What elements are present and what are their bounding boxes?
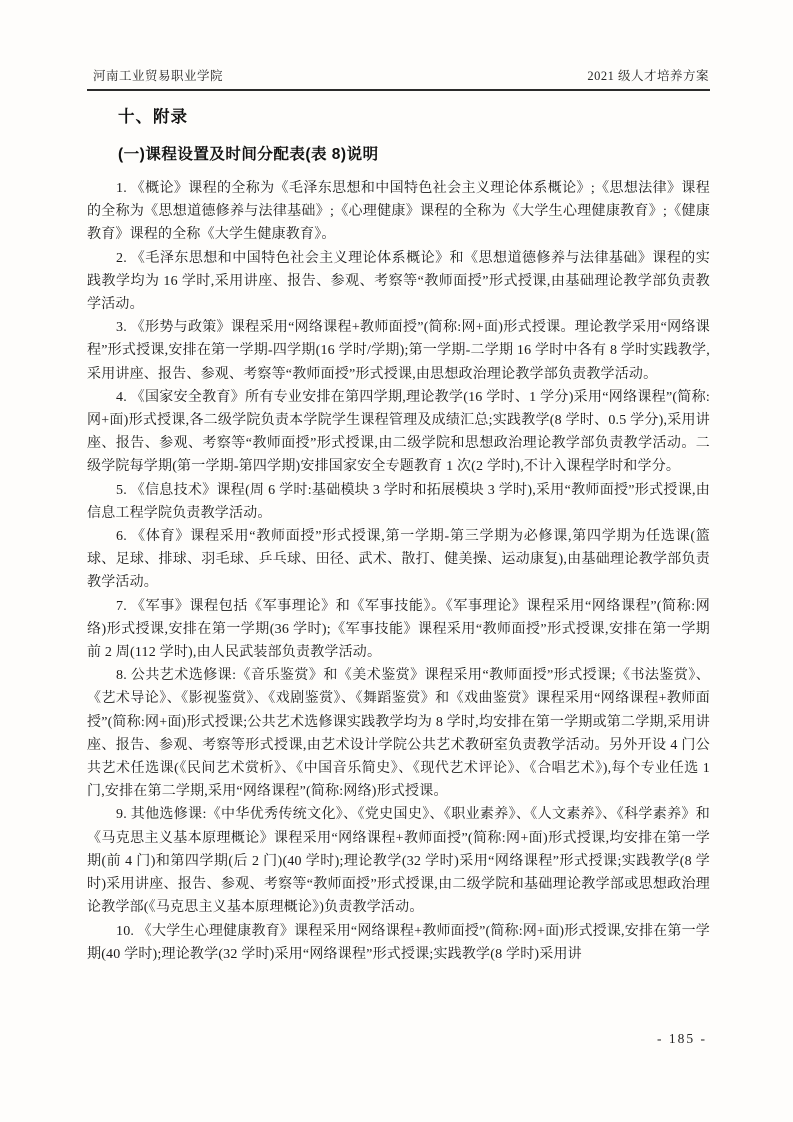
paragraph-2: 2. 《毛泽东思想和中国特色社会主义理论体系概论》和《思想道德修养与法律基础》课… <box>87 247 710 317</box>
paragraph-10: 10. 《大学生心理健康教育》课程采用“网络课程+教师面授”(简称:网+面)形式… <box>87 920 710 966</box>
document-page: 河南工业贸易职业学院 2021 级人才培养方案 十、附录 (一)课程设置及时间分… <box>0 0 793 1122</box>
paragraph-6: 6. 《体育》课程采用“教师面授”形式授课,第一学期-第三学期为必修课,第四学期… <box>87 525 710 595</box>
subsection-heading: (一)课程设置及时间分配表(表 8)说明 <box>87 142 710 164</box>
paragraph-7: 7. 《军事》课程包括《军事理论》和《军事技能》。《军事理论》课程采用“网络课程… <box>87 595 710 665</box>
paragraph-4: 4. 《国家安全教育》所有专业安排在第四学期,理论教学(16 学时、1 学分)采… <box>87 386 710 479</box>
paragraph-1: 1. 《概论》课程的全称为《毛泽东思想和中国特色社会主义理论体系概论》;《思想法… <box>87 177 710 247</box>
plan-title: 2021 级人才培养方案 <box>587 66 709 84</box>
body-text: 1. 《概论》课程的全称为《毛泽东思想和中国特色社会主义理论体系概论》;《思想法… <box>87 177 710 966</box>
content-column: 河南工业贸易职业学院 2021 级人才培养方案 十、附录 (一)课程设置及时间分… <box>87 66 710 966</box>
paragraph-8: 8. 公共艺术选修课:《音乐鉴赏》和《美术鉴赏》课程采用“教师面授”形式授课;《… <box>87 664 710 803</box>
paragraph-9: 9. 其他选修课:《中华优秀传统文化》、《党史国史》、《职业素养》、《人文素养》… <box>87 803 710 919</box>
paragraph-5: 5. 《信息技术》课程(周 6 学时:基础模块 3 学时和拓展模块 3 学时),… <box>87 479 710 525</box>
school-name: 河南工业贸易职业学院 <box>93 66 223 84</box>
paragraph-3: 3. 《形势与政策》课程采用“网络课程+教师面授”(简称:网+面)形式授课。理论… <box>87 316 710 386</box>
section-heading: 十、附录 <box>87 103 710 127</box>
page-number: - 185 - <box>657 1031 707 1047</box>
page-header: 河南工业贸易职业学院 2021 级人才培养方案 <box>87 66 710 91</box>
